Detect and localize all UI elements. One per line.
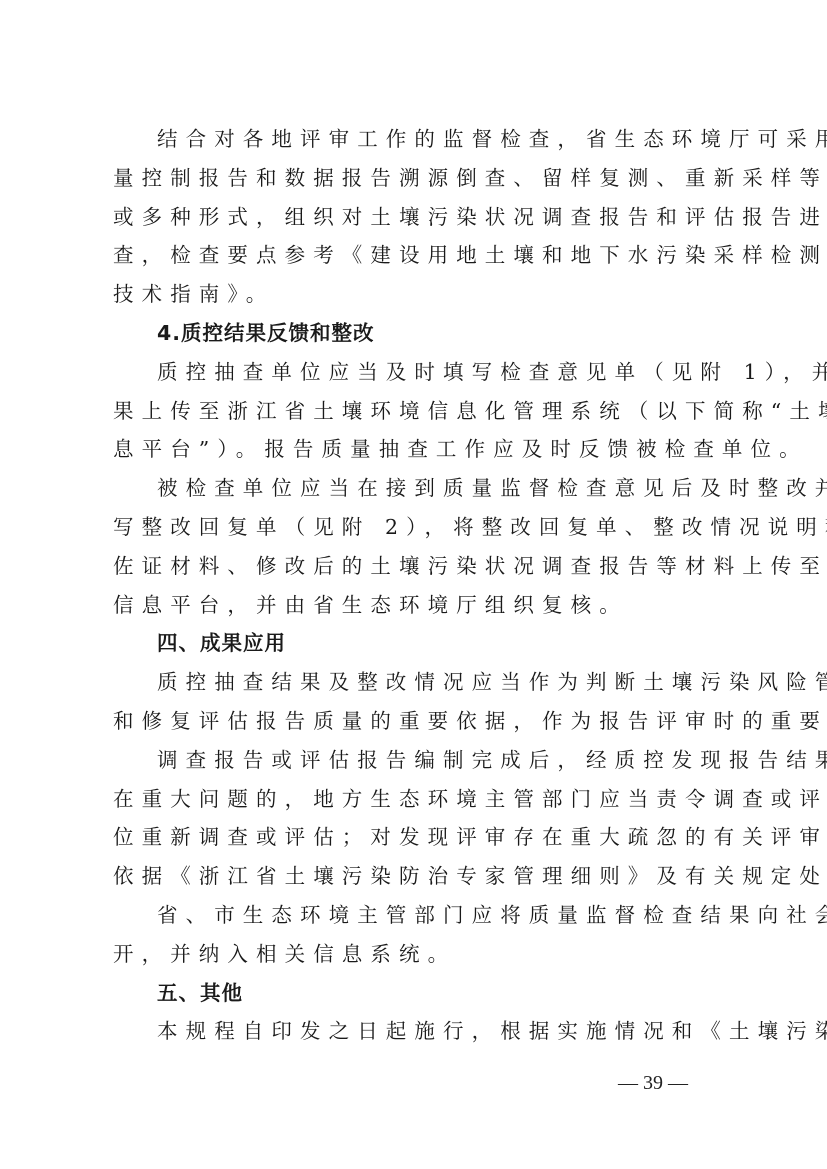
- page-number: — 39 —: [618, 1072, 688, 1095]
- text-line: 信息平台，并由省生态环境厅组织复核。: [113, 586, 717, 625]
- text-line: 调查报告或评估报告编制完成后，经质控发现报告结果存: [113, 741, 717, 780]
- paragraph-rectification: 被检查单位应当在接到质量监督检查意见后及时整改并填 写整改回复单（见附 2），将…: [113, 469, 717, 624]
- section-heading-other: 五、其他: [113, 974, 717, 1013]
- text-line: 依据《浙江省土壤污染防治专家管理细则》及有关规定处理。: [113, 857, 717, 896]
- text-line: 位重新调查或评估；对发现评审存在重大疏忽的有关评审专家，: [113, 818, 717, 857]
- text-line: 写整改回复单（见附 2），将整改回复单、整改情况说明和相关: [113, 508, 717, 547]
- text-line: 被检查单位应当在接到质量监督检查意见后及时整改并填: [113, 469, 717, 508]
- section-heading-results-application: 四、成果应用: [113, 624, 717, 663]
- document-page: 结合对各地评审工作的监督检查，省生态环境厅可采用质 量控制报告和数据报告溯源倒查…: [113, 120, 717, 1051]
- text-line: 查，检查要点参考《建设用地土壤和地下水污染采样检测质控: [113, 236, 717, 275]
- text-line: 开，并纳入相关信息系统。: [113, 935, 717, 974]
- text-line: 果上传至浙江省土壤环境信息化管理系统（以下简称“土壤信: [113, 392, 717, 431]
- text-line: 息平台”）。报告质量抽查工作应及时反馈被检查单位。: [113, 430, 717, 469]
- text-line: 量控制报告和数据报告溯源倒查、留样复测、重新采样等一种: [113, 159, 717, 198]
- text-line: 或多种形式，组织对土壤污染状况调查报告和评估报告进行抽: [113, 198, 717, 237]
- text-line: 质控抽查单位应当及时填写检查意见单（见附 1），并将结: [113, 353, 717, 392]
- text-line: 省、市生态环境主管部门应将质量监督检查结果向社会公: [113, 896, 717, 935]
- paragraph-results-basis: 质控抽查结果及整改情况应当作为判断土壤污染风险管控 和修复评估报告质量的重要依据…: [113, 663, 717, 741]
- paragraph-effective-date: 本规程自印发之日起施行，根据实施情况和《土壤污染防: [113, 1012, 717, 1051]
- paragraph-supervision-check: 结合对各地评审工作的监督检查，省生态环境厅可采用质 量控制报告和数据报告溯源倒查…: [113, 120, 717, 314]
- text-line: 佐证材料、修改后的土壤污染状况调查报告等材料上传至土壤: [113, 547, 717, 586]
- paragraph-inspection-opinion: 质控抽查单位应当及时填写检查意见单（见附 1），并将结 果上传至浙江省土壤环境信…: [113, 353, 717, 469]
- paragraph-major-issues: 调查报告或评估报告编制完成后，经质控发现报告结果存 在重大问题的，地方生态环境主…: [113, 741, 717, 896]
- text-line: 质控抽查结果及整改情况应当作为判断土壤污染风险管控: [113, 663, 717, 702]
- text-line: 结合对各地评审工作的监督检查，省生态环境厅可采用质: [113, 120, 717, 159]
- text-line: 本规程自印发之日起施行，根据实施情况和《土壤污染防: [113, 1012, 717, 1051]
- text-line: 和修复评估报告质量的重要依据，作为报告评审时的重要参考。: [113, 702, 717, 741]
- text-line: 技术指南》。: [113, 275, 717, 314]
- section-heading-feedback: 4.质控结果反馈和整改: [113, 314, 717, 353]
- text-line: 在重大问题的，地方生态环境主管部门应当责令调查或评估单: [113, 780, 717, 819]
- paragraph-public-disclosure: 省、市生态环境主管部门应将质量监督检查结果向社会公 开，并纳入相关信息系统。: [113, 896, 717, 974]
